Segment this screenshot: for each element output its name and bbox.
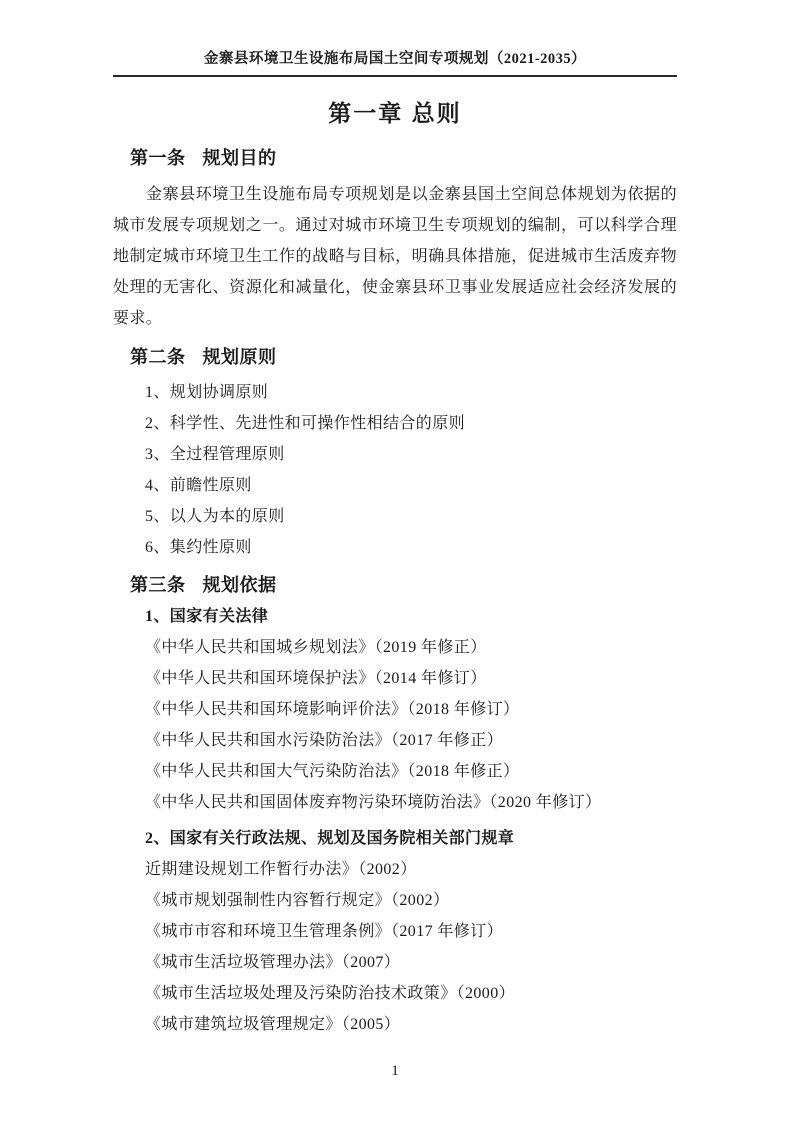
list-item: 6、集约性原则 <box>145 532 677 563</box>
article-3-title: 规划依据 <box>203 575 277 595</box>
header-title: 金寨县环境卫生设施布局国土空间专项规划（2021-2035） <box>204 51 586 67</box>
article-3-heading: 第三条规划依据 <box>130 570 677 601</box>
article-2-number: 第二条 <box>130 347 186 367</box>
regulation-item: 《城市规划强制性内容暂行规定》（2002） <box>145 885 677 916</box>
regulation-item: 《城市生活垃圾处理及污染防治技术政策》（2000） <box>145 978 677 1009</box>
regulation-item: 近期建设规划工作暂行办法》（2002） <box>145 854 677 885</box>
list-item: 4、前瞻性原则 <box>145 470 677 501</box>
list-item: 5、以人为本的原则 <box>145 501 677 532</box>
regulation-item: 《城市建筑垃圾管理规定》（2005） <box>145 1009 677 1040</box>
law-group-2-list: 近期建设规划工作暂行办法》（2002） 《城市规划强制性内容暂行规定》（2002… <box>113 854 677 1040</box>
chapter-title: 第一章 总则 <box>113 99 677 127</box>
article-2-heading: 第二条规划原则 <box>130 342 677 373</box>
article-2-list: 1、规划协调原则 2、科学性、先进性和可操作性相结合的原则 3、全过程管理原则 … <box>113 377 677 563</box>
law-item: 《中华人民共和国固体废弃物污染环境防治法》（2020 年修订） <box>145 787 677 818</box>
law-item: 《中华人民共和国环境影响评价法》（2018 年修订） <box>145 694 677 725</box>
regulation-item: 《城市生活垃圾管理办法》（2007） <box>145 947 677 978</box>
article-3-number: 第三条 <box>130 575 186 595</box>
page-header: 金寨县环境卫生设施布局国土空间专项规划（2021-2035） <box>113 0 677 77</box>
law-item: 《中华人民共和国水污染防治法》（2017 年修正） <box>145 725 677 756</box>
law-group-1-heading: 1、国家有关法律 <box>145 601 677 632</box>
article-1-paragraph: 金寨县环境卫生设施布局专项规划是以金寨县国土空间总体规划为依据的城市发展专项规划… <box>113 179 677 334</box>
article-1-number: 第一条 <box>130 148 186 168</box>
article-2-title: 规划原则 <box>203 347 277 367</box>
law-group-1-list: 《中华人民共和国城乡规划法》（2019 年修正） 《中华人民共和国环境保护法》（… <box>113 632 677 818</box>
article-1-title: 规划目的 <box>203 148 277 168</box>
law-item: 《中华人民共和国大气污染防治法》（2018 年修正） <box>145 756 677 787</box>
page-number: 1 <box>113 1056 677 1087</box>
list-item: 2、科学性、先进性和可操作性相结合的原则 <box>145 408 677 439</box>
regulation-item: 《城市市容和环境卫生管理条例》（2017 年修订） <box>145 916 677 947</box>
law-item: 《中华人民共和国环境保护法》（2014 年修订） <box>145 663 677 694</box>
law-group-2-heading: 2、国家有关行政法规、规划及国务院相关部门规章 <box>145 823 677 854</box>
article-1-heading: 第一条规划目的 <box>130 143 677 174</box>
law-item: 《中华人民共和国城乡规划法》（2019 年修正） <box>145 632 677 663</box>
document-page: 金寨县环境卫生设施布局国土空间专项规划（2021-2035） 第一章 总则 第一… <box>113 0 677 1087</box>
list-item: 1、规划协调原则 <box>145 377 677 408</box>
list-item: 3、全过程管理原则 <box>145 439 677 470</box>
